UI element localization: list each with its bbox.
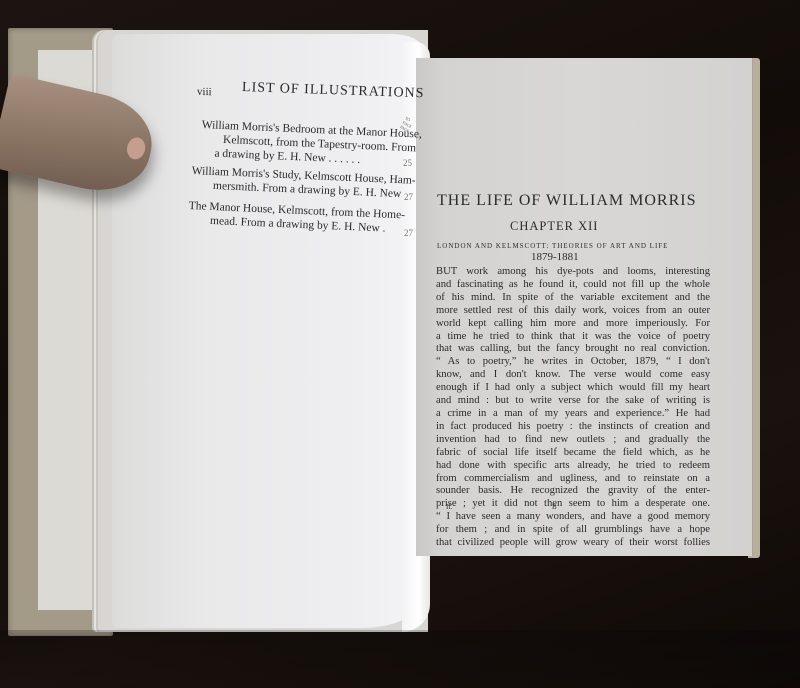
body-line: a time he tried to think that it was the… <box>436 331 710 344</box>
fingernail <box>125 136 147 161</box>
body-line: world kept calling him more and more imp… <box>436 318 710 331</box>
body-line: had done with specific arts already, he … <box>436 460 710 473</box>
body-line: for them ; and in spite of all grumbling… <box>436 524 710 537</box>
body-line: and mind : but to write verse for the sa… <box>436 395 710 408</box>
body-line: “ I have seen a many wonders, and have a… <box>436 511 710 524</box>
body-line: from commercialism and ugliness, and to … <box>436 473 710 486</box>
body-line: of his mind. In spite of the variable ex… <box>436 292 710 305</box>
chapter-years: 1879-1881 <box>531 251 579 263</box>
chapter-subtitle: LONDON AND KELMSCOTT: THEORIES OF ART AN… <box>437 242 668 250</box>
signature-letter: B <box>552 503 557 511</box>
body-line: enough if I had only a subject which wou… <box>436 382 710 395</box>
book-title: THE LIFE OF WILLIAM MORRIS <box>437 192 696 210</box>
body-line: prise ; yet it did not then seem to him … <box>436 498 710 511</box>
entry-page-number: 25 <box>403 158 412 168</box>
body-line: invention had to find new outlets ; and … <box>436 434 710 447</box>
body-line: sounder basis. He recognized the gravity… <box>436 485 710 498</box>
chapter-heading: CHAPTER XII <box>510 219 598 234</box>
body-line: “ As to poetry,” he writes in October, 1… <box>436 356 710 369</box>
body-line: more settled rest of this daily work, vo… <box>436 305 710 318</box>
body-line: know, and I don't know. The verse would … <box>436 369 710 382</box>
body-line: fabric of social life itself became the … <box>436 447 710 460</box>
entry-page-number: 27 <box>404 192 413 202</box>
page-folio: viii <box>197 86 212 98</box>
chapter-body-text: BUT work among his dye-pots and looms, i… <box>436 266 710 550</box>
body-line: that was calling, but the fancy brought … <box>436 343 710 356</box>
body-line: BUT work among his dye-pots and looms, i… <box>436 266 710 279</box>
photo-scene: viii LIST OF ILLUSTRATIONS TO FACE PAGE … <box>0 0 800 688</box>
body-line: in fact produced his poetry : the instin… <box>436 421 710 434</box>
body-line: that civilized people will grow weary of… <box>436 537 710 550</box>
signature-volume: II. <box>446 503 452 511</box>
entry-page-number: 27 <box>404 228 413 238</box>
table-shadow <box>0 630 800 688</box>
body-line: a crime in a man of my years and experie… <box>436 408 710 421</box>
body-line: and fascinating as he found it, could no… <box>436 279 710 292</box>
